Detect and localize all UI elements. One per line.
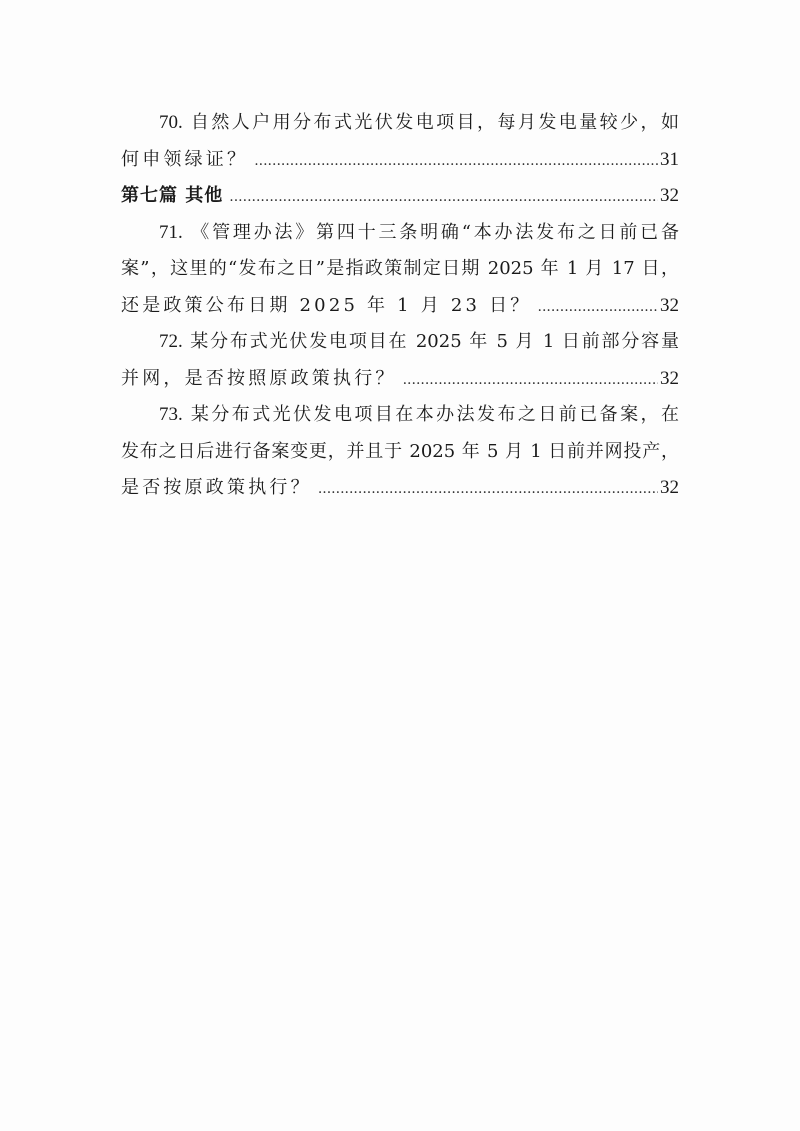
- toc-entry-73-line-1: 73. 某分布式光伏发电项目在本办法发布之日前已备案，在: [121, 397, 679, 434]
- page-number: 32: [660, 178, 679, 215]
- toc-entry-72-line-1: 72. 某分布式光伏发电项目在 2025 年 5 月 1 日前部分容量: [121, 324, 679, 361]
- table-of-contents: 70. 自然人户用分布式光伏发电项目，每月发电量较少，如 何申领绿证？ 31 第…: [121, 105, 679, 507]
- dot-leader: [318, 471, 658, 508]
- toc-entry-71-line-3: 还是政策公布日期 2025 年 1 月 23 日？ 32: [121, 288, 679, 325]
- toc-section-line: 第七篇 其他 32: [121, 178, 679, 215]
- toc-entry-70-line-1: 70. 自然人户用分布式光伏发电项目，每月发电量较少，如: [121, 105, 679, 142]
- toc-entry-title-cont: 何申领绿证？: [121, 142, 248, 179]
- toc-entry-title-cont: 并网，是否按照原政策执行？: [121, 361, 397, 398]
- toc-entry-number: 72.: [159, 331, 183, 352]
- toc-entry-71-line-1: 71. 《管理办法》第四十三条明确“本办法发布之日前已备: [121, 215, 679, 252]
- toc-section-part-7[interactable]: 第七篇 其他 32: [121, 178, 679, 215]
- toc-entry-73-line-2: 发布之日后进行备案变更，并且于 2025 年 5 月 1 日前并网投产，: [121, 434, 679, 471]
- toc-entry-title-cont: 发布之日后进行备案变更，并且于 2025 年 5 月 1 日前并网投产，: [121, 441, 679, 462]
- dot-leader: [403, 362, 658, 399]
- document-page: 70. 自然人户用分布式光伏发电项目，每月发电量较少，如 何申领绿证？ 31 第…: [0, 0, 800, 1131]
- page-number: 31: [660, 142, 679, 179]
- toc-entry-number: 73.: [159, 404, 183, 425]
- toc-entry-73[interactable]: 73. 某分布式光伏发电项目在本办法发布之日前已备案，在 发布之日后进行备案变更…: [121, 397, 679, 507]
- toc-entry-title-cont: 是否按原政策执行？: [121, 470, 312, 507]
- dot-leader: [254, 143, 658, 180]
- page-number: 32: [660, 470, 679, 507]
- toc-entry-title: 某分布式光伏发电项目在本办法发布之日前已备案，在: [191, 404, 679, 425]
- toc-entry-title: 某分布式光伏发电项目在 2025 年 5 月 1 日前部分容量: [190, 331, 679, 352]
- toc-entry-title-cont: 还是政策公布日期 2025 年 1 月 23 日？: [121, 288, 532, 325]
- toc-entry-72-line-2: 并网，是否按照原政策执行？ 32: [121, 361, 679, 398]
- dot-leader: [229, 179, 658, 216]
- toc-entry-title-cont: 案”，这里的“发布之日”是指政策制定日期 2025 年 1 月 17 日，: [121, 258, 679, 279]
- toc-entry-73-line-3: 是否按原政策执行？ 32: [121, 470, 679, 507]
- toc-entry-number: 70.: [159, 112, 183, 133]
- toc-entry-number: 71.: [159, 222, 183, 243]
- toc-entry-title: 自然人户用分布式光伏发电项目，每月发电量较少，如: [191, 112, 679, 133]
- section-heading: 第七篇 其他: [121, 178, 223, 215]
- toc-entry-70-line-2: 何申领绿证？ 31: [121, 142, 679, 179]
- toc-entry-72[interactable]: 72. 某分布式光伏发电项目在 2025 年 5 月 1 日前部分容量 并网，是…: [121, 324, 679, 397]
- toc-entry-70[interactable]: 70. 自然人户用分布式光伏发电项目，每月发电量较少，如 何申领绿证？ 31: [121, 105, 679, 178]
- dot-leader: [538, 289, 659, 326]
- page-number: 32: [660, 288, 679, 325]
- page-number: 32: [660, 361, 679, 398]
- toc-entry-title: 《管理办法》第四十三条明确“本办法发布之日前已备: [191, 222, 679, 243]
- toc-entry-71[interactable]: 71. 《管理办法》第四十三条明确“本办法发布之日前已备 案”，这里的“发布之日…: [121, 215, 679, 325]
- toc-entry-71-line-2: 案”，这里的“发布之日”是指政策制定日期 2025 年 1 月 17 日，: [121, 251, 679, 288]
